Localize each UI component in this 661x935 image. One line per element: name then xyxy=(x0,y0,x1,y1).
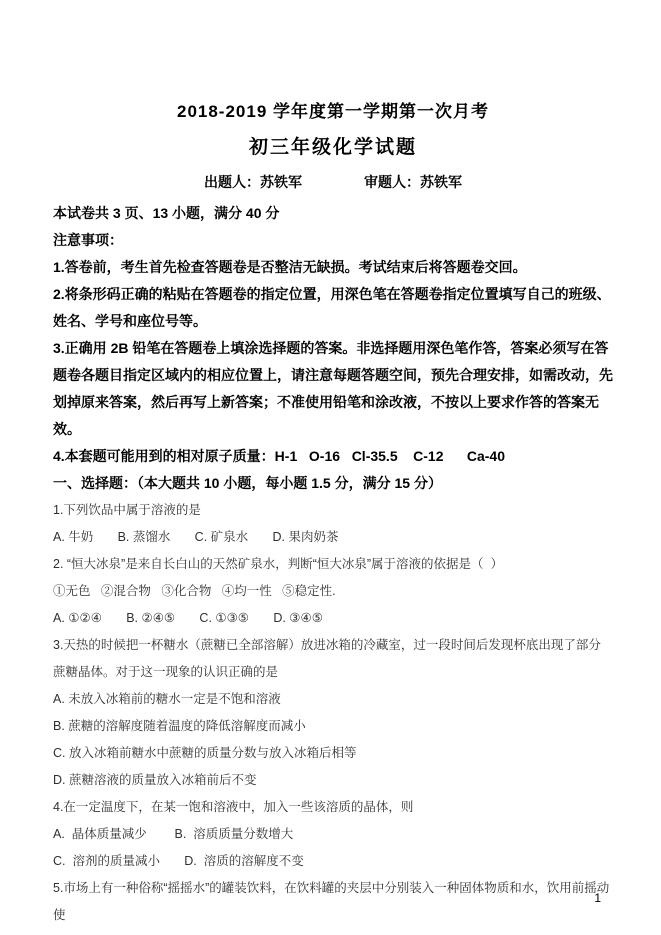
question-3: 3.天热的时候把一杯糖水（蔗糖已全部溶解）放进冰箱的冷藏室，过一段时间后发现杯底… xyxy=(53,632,613,794)
question-5: 5.市场上有一种俗称“摇摇水”的罐装饮料，在饮料罐的夹层中分别装入一种固体物质和… xyxy=(53,875,613,929)
question-3-option-a: A. 未放入冰箱前的糖水一定是不饱和溶液 xyxy=(53,686,613,713)
question-2: 2. “恒大冰泉”是来自长白山的天然矿泉水，判断“恒大冰泉”属于溶液的依据是（ … xyxy=(53,551,613,632)
paper-summary: 本试卷共 3 页、13 小题，满分 40 分 xyxy=(53,200,613,227)
question-5-stem: 5.市场上有一种俗称“摇摇水”的罐装饮料，在饮料罐的夹层中分别装入一种固体物质和… xyxy=(53,875,613,929)
note-4: 4.本套题可能用到的相对原子质量：H-1 O-16 Cl-35.5 C-12 C… xyxy=(53,443,613,470)
question-3-option-b: B. 蔗糖的溶解度随着温度的降低溶解度而减小 xyxy=(53,713,613,740)
question-3-option-d: D. 蔗糖溶液的质量放入冰箱前后不变 xyxy=(53,767,613,794)
question-2-options: A. ①②④ B. ②④⑤ C. ①③⑤ D. ③④⑤ xyxy=(53,605,613,632)
question-1: 1.下列饮品中属于溶液的是 A. 牛奶 B. 蒸馏水 C. 矿泉水 D. 果肉奶… xyxy=(53,497,613,551)
document-body: 2018-2019 学年度第一学期第一次月考 初三年级化学试题 出题人：苏铁军 … xyxy=(53,0,613,929)
question-1-options: A. 牛奶 B. 蒸馏水 C. 矿泉水 D. 果肉奶茶 xyxy=(53,524,613,551)
byline-row: 出题人：苏铁军 审题人：苏铁军 xyxy=(53,171,613,193)
notes-title: 注意事项： xyxy=(53,227,613,254)
preamble: 本试卷共 3 页、13 小题，满分 40 分 注意事项： 1.答卷前，考生首先检… xyxy=(53,200,613,497)
section-title: 一、选择题：（本大题共 10 小题，每小题 1.5 分，满分 15 分） xyxy=(53,470,613,497)
question-1-stem: 1.下列饮品中属于溶液的是 xyxy=(53,497,613,524)
page-number: 1 xyxy=(594,891,601,905)
question-2-items: ①无色 ②混合物 ③化合物 ④均一性 ⑤稳定性. xyxy=(53,578,613,605)
setter-label: 出题人：苏铁军 xyxy=(204,171,302,193)
question-2-stem: 2. “恒大冰泉”是来自长白山的天然矿泉水，判断“恒大冰泉”属于溶液的依据是（ … xyxy=(53,551,613,578)
note-1: 1.答卷前，考生首先检查答题卷是否整洁无缺损。考试结束后将答题卷交回。 xyxy=(53,254,613,281)
exam-page: 2018-2019 学年度第一学期第一次月考 初三年级化学试题 出题人：苏铁军 … xyxy=(0,0,661,935)
question-4-stem: 4.在一定温度下，在某一饱和溶液中，加入一些该溶质的晶体，则 xyxy=(53,794,613,821)
question-4-options-ab: A. 晶体质量减少 B. 溶质质量分数增大 xyxy=(53,821,613,848)
reviewer-label: 审题人：苏铁军 xyxy=(364,171,462,193)
exam-title-line1: 2018-2019 学年度第一学期第一次月考 xyxy=(53,100,613,124)
note-3: 3.正确用 2B 铅笔在答题卷上填涂选择题的答案。非选择题用深色笔作答，答案必须… xyxy=(53,335,613,443)
exam-title-line2: 初三年级化学试题 xyxy=(53,135,613,161)
question-3-stem: 3.天热的时候把一杯糖水（蔗糖已全部溶解）放进冰箱的冷藏室，过一段时间后发现杯底… xyxy=(53,632,613,686)
question-3-option-c: C. 放入冰箱前糖水中蔗糖的质量分数与放入冰箱后相等 xyxy=(53,740,613,767)
question-4: 4.在一定温度下，在某一饱和溶液中，加入一些该溶质的晶体，则 A. 晶体质量减少… xyxy=(53,794,613,875)
note-2: 2.将条形码正确的粘贴在答题卷的指定位置，用深色笔在答题卷指定位置填写自己的班级… xyxy=(53,281,613,335)
question-4-options-cd: C. 溶剂的质量减小 D. 溶质的溶解度不变 xyxy=(53,848,613,875)
